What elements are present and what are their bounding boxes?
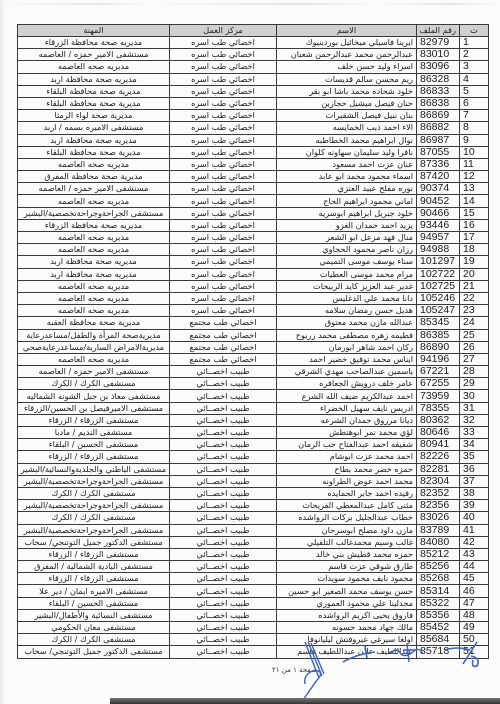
row-seq: 13: [460, 183, 489, 195]
row-file-number: 86882: [417, 122, 460, 134]
row-seq: 39: [460, 500, 489, 512]
table-body: 182979ايرينا فاسيلي ميخائيل بوردينيوكاخص…: [18, 37, 489, 659]
row-file-number: 83789: [417, 524, 460, 536]
row-profession: مديريةالامراض السارية/مساعدرعايةصحي: [18, 341, 170, 353]
row-work-center: اخصائي طب اسره: [170, 85, 277, 97]
row-seq: 25: [460, 329, 489, 341]
row-file-number: 93446: [417, 219, 460, 231]
row-name: بنان نبيل فيصل الشقيرات: [277, 110, 417, 122]
row-file-number: 80362: [417, 414, 460, 426]
row-profession: مستشفى الحسين / البلقاء: [18, 597, 170, 609]
row-file-number: 80646: [417, 427, 460, 439]
row-profession: مستشفى البادية الشمالية / المفرق: [18, 561, 170, 573]
row-work-center: طبيب اخصــائي: [170, 548, 277, 560]
table-row: 586833خلود شحاده محمد باشا ابو بقراخصائي…: [18, 85, 489, 97]
row-seq: 48: [460, 609, 489, 621]
row-seq: 27: [460, 353, 489, 365]
row-file-number: 105247: [417, 305, 460, 317]
row-profession: مديريه صحة محافظة اربد: [18, 73, 170, 85]
row-file-number: 85345: [417, 317, 460, 329]
row-file-number: 94988: [417, 244, 460, 256]
row-name: ايرينا فاسيلي ميخائيل بوردينيوك: [277, 37, 417, 49]
row-work-center: طبيب اخصــائي: [170, 487, 277, 499]
row-file-number: 83026: [417, 512, 460, 524]
row-profession: مستشفى النسائية والأطفال/البشير: [18, 609, 170, 621]
row-profession: مستشفى الجراحةوجراحةتخصصية/البشير: [18, 524, 170, 536]
table-row: 4385212حمزه محمد قطيش بني خالدطبيب اخصــ…: [18, 548, 489, 560]
row-seq: 30: [460, 390, 489, 402]
row-name: عامر خلف درويش الجعافره: [277, 378, 417, 390]
row-profession: مديريه صحه العاصمه: [18, 232, 170, 244]
row-name: فاروق يحيى اكريم الرواشده: [277, 609, 417, 621]
table-row: 886882الاء احمد ذيب الخمايسهاخصائي طب اس…: [18, 122, 489, 134]
row-work-center: طبيب اخصــائي: [170, 366, 277, 378]
row-work-center: طبيب اخصــائي: [170, 390, 277, 402]
table-row: 786869بنان نبيل فيصل الشقيراتاخصائي طب ا…: [18, 110, 489, 122]
row-profession: مستشفى الدكتور جميل التوتنجي/ سحاب: [18, 536, 170, 548]
table-row: 4485256طارق شوقي عزت قاسمطبيب اخصــائيمس…: [18, 561, 489, 573]
row-work-center: طبيب اخصــائي: [170, 475, 277, 487]
row-file-number: 85322: [417, 597, 460, 609]
row-seq: 24: [460, 317, 489, 329]
row-file-number: 87420: [417, 171, 460, 183]
row-seq: 29: [460, 378, 489, 390]
row-file-number: 90452: [417, 195, 460, 207]
header-work-center: مركز العمل: [170, 25, 277, 37]
row-file-number: 85268: [417, 573, 460, 585]
row-work-center: طبيب اخصــائي: [170, 622, 277, 634]
row-name: محمود نايف محمود سويدات: [277, 573, 417, 585]
row-name: ريم محسن سالم قديسات: [277, 73, 417, 85]
row-name: احمد محمد عزت ابوشام: [277, 451, 417, 463]
row-name: اسماء محمود محمد ابو عابد: [277, 171, 417, 183]
table-row: 3178355ادريس نايف سهيل الخضراءطبيب اخصــ…: [18, 402, 489, 414]
table-row: 2485345عبدالله مازن محمد معتوقاخصائي طب …: [18, 317, 489, 329]
row-name: اسراء وليد حسن خلف: [277, 61, 417, 73]
table-row: 3682281حمزه خضر محمد بطاحطبيب اخصــائيمس…: [18, 463, 489, 475]
table-row: 3882352رفيده احمد جابر الحمايدهطبيب اخصـ…: [18, 487, 489, 499]
row-name: لؤي محمد نمر ابوهنطش: [277, 427, 417, 439]
table-row: 283010عبدالرحمن محمد عبدالرحمن شعباناخصا…: [18, 49, 489, 61]
header-profession: المهنة: [18, 25, 170, 37]
table-row: 1590466خلود جبريل ابراهيم ابوسريهاخصائي …: [18, 207, 489, 219]
row-seq: 18: [460, 244, 489, 256]
row-seq: 2: [460, 49, 489, 61]
row-seq: 44: [460, 561, 489, 573]
row-file-number: 86833: [417, 85, 460, 97]
row-seq: 35: [460, 451, 489, 463]
row-file-number: 67255: [417, 378, 460, 390]
row-name: ادريس نايف سهيل الخضراء: [277, 402, 417, 414]
row-work-center: اخصائي طب مجتمع: [170, 341, 277, 353]
row-work-center: اخصائي طب مجتمع: [170, 329, 277, 341]
row-profession: مديريه صحه العاصمه: [18, 353, 170, 365]
row-name: نافرا وليد سليمان سهاونه كلوان: [277, 146, 417, 158]
table-row: 1490452اماني محمود ابراهيم الحاجاخصائي ط…: [18, 195, 489, 207]
row-profession: مستشفى الجراحةوجراحةتخصصية/البشير: [18, 475, 170, 487]
row-work-center: طبيب اخصــائي: [170, 378, 277, 390]
table-row: 3073959احمد عبدالكريم ضيف الله الشرعطبيب…: [18, 390, 489, 402]
row-work-center: طبيب اخصــائي: [170, 414, 277, 426]
row-profession: مديريه صحه العاصمه: [18, 195, 170, 207]
row-seq: 1: [460, 37, 489, 49]
employee-table: ت رقم الملف الاسم مركز العمل المهنة 1829…: [17, 24, 489, 659]
row-work-center: طبيب اخصــائي: [170, 500, 277, 512]
row-seq: 3: [460, 61, 489, 73]
table-row: 2867221ياسمين عبدالصاحب مهدي الشرقيطبيب …: [18, 366, 489, 378]
row-work-center: اخصائي طب اسره: [170, 73, 277, 85]
row-work-center: اخصائي طب اسره: [170, 292, 277, 304]
row-name: خلود جبريل ابراهيم ابوسريه: [277, 207, 417, 219]
row-file-number: 82226: [417, 451, 460, 463]
row-seq: 5: [460, 85, 489, 97]
row-profession: مديرية صحة محافظة العقبه: [18, 317, 170, 329]
table-row: 3480941شفيقه احمد عبدالفتاح حب الرمانطبي…: [18, 439, 489, 451]
scan-bottom-edge: [110, 698, 500, 704]
row-profession: مستشفى الحسين / البلقاء: [18, 439, 170, 451]
row-profession: مستشفى الامير حمزه / العاصمه: [18, 49, 170, 61]
row-seq: 22: [460, 292, 489, 304]
table-row: 4785322مجدلينا علي محمود العموريطبيب اخص…: [18, 597, 489, 609]
row-work-center: طبيب اخصــائي: [170, 561, 277, 573]
row-seq: 46: [460, 585, 489, 597]
row-work-center: طبيب اخصــائي: [170, 634, 277, 646]
row-profession: مستشفى الجراحةوجراحةتخصصية/البشير: [18, 207, 170, 219]
table-row: 486328ريم محسن سالم قديساتاخصائي طب اسره…: [18, 73, 489, 85]
row-name: مجدلينا علي محمود العموري: [277, 597, 417, 609]
row-name: يزيد احمد حمدان الغزو: [277, 219, 417, 231]
row-profession: مستشفى الزرقاء / الزرقاء: [18, 573, 170, 585]
row-name: مازن داود مصلح ابوسرحان: [277, 524, 417, 536]
row-file-number: 83010: [417, 49, 460, 61]
row-seq: 31: [460, 402, 489, 414]
row-name: رفيده احمد جابر الحمايده: [277, 487, 417, 499]
row-name: ايناس محمد توفيق خضير احمد: [277, 353, 417, 365]
table-row: 4585268محمود نايف محمود سويداتطبيب اخصــ…: [18, 573, 489, 585]
row-file-number: 102722: [417, 268, 460, 280]
table-row: 3982356مثنى كامل عبدالمعطي الفريحاتطبيب …: [18, 500, 489, 512]
row-file-number: 90466: [417, 207, 460, 219]
row-seq: 10: [460, 146, 489, 158]
table-row: 2967255عامر خلف درويش الجعافرهطبيب اخصــ…: [18, 378, 489, 390]
row-name: هديل حسن رمضان سلامه: [277, 305, 417, 317]
row-file-number: 94196: [417, 353, 460, 365]
row-profession: مديريه صحه العاصمه: [18, 292, 170, 304]
table-row: 1794957منال فهد مزعل ابو الشعراخصائي طب …: [18, 232, 489, 244]
row-seq: 47: [460, 597, 489, 609]
table-row: 686838حنان فيصل ميشيل حجازيناخصائي طب اس…: [18, 97, 489, 109]
signature-4-icon: [445, 642, 478, 666]
table-row: 182979ايرينا فاسيلي ميخائيل بوردينيوكاخص…: [18, 37, 489, 49]
row-file-number: 105246: [417, 292, 460, 304]
row-profession: مديرية صحة محافظة البلقاء: [18, 97, 170, 109]
row-work-center: اخصائي طب اسره: [170, 158, 277, 170]
header-name: الاسم: [277, 25, 417, 37]
row-profession: مديريه صحة محافظة الزرقاء: [18, 37, 170, 49]
row-name: عنان عزت احمد مسعود: [277, 158, 417, 170]
row-file-number: 82352: [417, 487, 460, 499]
row-profession: مديرية صحة محافظة البلقاء: [18, 146, 170, 158]
row-name: طارق شوقي عزت قاسم: [277, 561, 417, 573]
row-name: اماني محمود ابراهيم الحاج: [277, 195, 417, 207]
row-name: ياسمين عبدالصاحب مهدي الشرقي: [277, 366, 417, 378]
row-seq: 16: [460, 219, 489, 231]
row-file-number: 86987: [417, 134, 460, 146]
row-work-center: اخصائي طب اسره: [170, 232, 277, 244]
row-profession: مديرية صحة لواء الرمثا: [18, 110, 170, 122]
row-seq: 21: [460, 280, 489, 292]
row-name: منال فهد مزعل ابو الشعر: [277, 232, 417, 244]
table-row: 383096اسراء وليد حسن خلفاخصائي طب اسرهمد…: [18, 61, 489, 73]
row-name: نوال ابراهيم محمد الخطاطبه: [277, 134, 417, 146]
row-name: احمد عبدالكريم ضيف الله الشرع: [277, 390, 417, 402]
row-profession: مستشفى الاميرفيصل بن الحسين/الزرقاء: [18, 402, 170, 414]
row-file-number: 94957: [417, 232, 460, 244]
page-edge-shadow: [0, 0, 6, 704]
table-row: 21102725غدير عبد العزيز كايد الربيحاتاخص…: [18, 280, 489, 292]
table-row: 2794196ايناس محمد توفيق خضير احمداخصائي …: [18, 353, 489, 365]
row-seq: 49: [460, 622, 489, 634]
row-name: حسن يوسف محمد الصغير ابو حسين: [277, 585, 417, 597]
row-name: فطيمه زهره مصطفى محمد زريوح: [277, 329, 417, 341]
row-profession: مديرية صحة محافظة البلقاء: [18, 85, 170, 97]
row-name: حمزه خضر محمد بطاح: [277, 463, 417, 475]
row-work-center: طبيب اخصــائي: [170, 585, 277, 597]
row-work-center: اخصائي طب اسره: [170, 195, 277, 207]
row-name: غالب وسيم محمدغالب التلفيلي: [277, 536, 417, 548]
row-work-center: طبيب اخصــائي: [170, 463, 277, 475]
row-profession: مستشفى الامير حمزه / العاصمه: [18, 366, 170, 378]
row-profession: مديريه صحة محافظة اربد: [18, 268, 170, 280]
table-row: 1287420اسماء محمود محمد ابو عابداخصائي ط…: [18, 171, 489, 183]
row-profession: مديريه صحة محافظة اربد: [18, 134, 170, 146]
row-seq: 6: [460, 97, 489, 109]
row-work-center: اخصائي طب اسره: [170, 134, 277, 146]
table-row: 3582226احمد محمد عزت ابوشامطبيب اخصــائي…: [18, 451, 489, 463]
row-work-center: طبيب اخصــائي: [170, 439, 277, 451]
row-profession: مستشفى الزرقاء / الزرقاء: [18, 548, 170, 560]
top-scan-line: [0, 3, 500, 5]
row-name: ركان احمد شاهر ابورمان: [277, 341, 417, 353]
row-profession: مديريه صحة محافظة اربد: [18, 256, 170, 268]
row-work-center: اخصائي طب اسره: [170, 37, 277, 49]
row-file-number: 85356: [417, 609, 460, 621]
table-header-row: ت رقم الملف الاسم مركز العمل المهنة: [18, 25, 489, 37]
row-seq: 41: [460, 524, 489, 536]
row-profession: مستشفى الزرقاء / الزرقاء: [18, 451, 170, 463]
row-file-number: 87336: [417, 158, 460, 170]
row-work-center: اخصائي طب اسره: [170, 61, 277, 73]
row-profession: مديريه صحه العاصمه: [18, 158, 170, 170]
row-profession: مستشفى معاذ بن جبل الشونه الشماليه: [18, 390, 170, 402]
row-work-center: اخصائي طب اسره: [170, 256, 277, 268]
row-file-number: 101297: [417, 256, 460, 268]
row-file-number: 85314: [417, 585, 460, 597]
row-file-number: 86869: [417, 110, 460, 122]
table-row: 3380646لؤي محمد نمر ابوهنطشطبيب اخصــائي…: [18, 427, 489, 439]
row-name: غدير عبد العزيز كايد الربيحات: [277, 280, 417, 292]
row-file-number: 86838: [417, 97, 460, 109]
row-work-center: طبيب اخصــائي: [170, 597, 277, 609]
row-name: شفيقه احمد عبدالفتاح حب الرمان: [277, 439, 417, 451]
table-row: 4985452مالك جهاد محمد حسونهطبيب اخصــائي…: [18, 622, 489, 634]
row-seq: 8: [460, 122, 489, 134]
row-work-center: اخصائي طب اسره: [170, 280, 277, 292]
row-name: الاء احمد ذيب الخمايسه: [277, 122, 417, 134]
row-name: نوره مفلح عبيد العنزي: [277, 183, 417, 195]
header-file-number: رقم الملف: [417, 25, 460, 37]
row-profession: مديريه صحه العاصمه: [18, 280, 170, 292]
signature-1-icon: [303, 642, 324, 700]
row-seq: 12: [460, 171, 489, 183]
row-file-number: 84080: [417, 536, 460, 548]
row-work-center: طبيب اخصــائي: [170, 646, 277, 658]
row-work-center: اخصائي طب اسره: [170, 122, 277, 134]
row-seq: 38: [460, 487, 489, 499]
table-row: 3280362ديانا مرزوق حمدان الشرعهطبيب اخصـ…: [18, 414, 489, 426]
row-work-center: طبيب اخصــائي: [170, 451, 277, 463]
row-file-number: 90374: [417, 183, 460, 195]
row-file-number: 82979: [417, 37, 460, 49]
row-name: دانا محمد علي الدغليس: [277, 292, 417, 304]
row-seq: 36: [460, 463, 489, 475]
row-seq: 17: [460, 232, 489, 244]
row-profession: مستشفى الاميره ايمان / دير علا: [18, 585, 170, 597]
row-name: عبدالرحمن محمد عبدالرحمن شعبان: [277, 49, 417, 61]
row-file-number: 86385: [417, 329, 460, 341]
row-file-number: 78355: [417, 402, 460, 414]
row-work-center: اخصائي طب اسره: [170, 219, 277, 231]
row-name: مرام محمد موسى العطيات: [277, 268, 417, 280]
row-work-center: اخصائي طب اسره: [170, 207, 277, 219]
row-profession: مستشفى الاميره بسمه / اربد: [18, 122, 170, 134]
header-seq: ت: [460, 25, 489, 37]
signature-3-icon: [390, 644, 423, 662]
row-profession: مديريه صحه العاصمه: [18, 244, 170, 256]
row-profession: مستشفى الكرك / الكرك: [18, 512, 170, 524]
row-seq: 9: [460, 134, 489, 146]
row-name: مالك جهاد محمد حسونه: [277, 622, 417, 634]
row-seq: 20: [460, 268, 489, 280]
row-seq: 7: [460, 110, 489, 122]
row-profession: مستشفى الجراحةوجراحةتخصصية/البشير: [18, 500, 170, 512]
row-profession: مستشفى الكرك / الكرك: [18, 634, 170, 646]
table-row: 4083026خطاب عبدالجليل بركات الرواشدهطبيب…: [18, 512, 489, 524]
row-seq: 37: [460, 475, 489, 487]
row-seq: 11: [460, 158, 489, 170]
row-file-number: 67221: [417, 366, 460, 378]
table-row: 1187336عنان عزت احمد مسعوداخصائي طب اسره…: [18, 158, 489, 170]
row-work-center: اخصائي طب مجتمع: [170, 317, 277, 329]
row-work-center: طبيب اخصــائي: [170, 524, 277, 536]
table-row: 2586385فطيمه زهره مصطفى محمد زريوحاخصائي…: [18, 329, 489, 341]
row-seq: 28: [460, 366, 489, 378]
row-work-center: طبيب اخصــائي: [170, 427, 277, 439]
row-seq: 40: [460, 512, 489, 524]
row-seq: 15: [460, 207, 489, 219]
row-work-center: اخصائي طب اسره: [170, 171, 277, 183]
table-row: 1390374نوره مفلح عبيد العنزياخصائي طب اس…: [18, 183, 489, 195]
row-profession: مستشفى النديم / مادبا: [18, 427, 170, 439]
row-work-center: اخصائي طب اسره: [170, 183, 277, 195]
row-name: خطاب عبدالجليل بركات الرواشده: [277, 512, 417, 524]
row-name: عبدالله مازن محمد معتوق: [277, 317, 417, 329]
row-profession: مديريه صحه العاصمه: [18, 305, 170, 317]
row-seq: 26: [460, 341, 489, 353]
row-profession: مستشفى الكرك / الكرك: [18, 378, 170, 390]
row-name: سناء يوسف موسى التميمي: [277, 256, 417, 268]
row-work-center: اخصائي طب اسره: [170, 268, 277, 280]
row-profession: مستشفى الزرقاء / الزرقاء: [18, 414, 170, 426]
row-file-number: 87055: [417, 146, 460, 158]
row-profession: مديرية صحة محافظة المفرق: [18, 171, 170, 183]
row-file-number: 102725: [417, 280, 460, 292]
row-file-number: 85452: [417, 622, 460, 634]
row-file-number: 82304: [417, 475, 460, 487]
row-profession: مستشفى الامير حمزه / العاصمه: [18, 183, 170, 195]
row-work-center: اخصائي طب اسره: [170, 49, 277, 61]
table-row: 22105246دانا محمد علي الدغليساخصائي طب ا…: [18, 292, 489, 304]
row-file-number: 82281: [417, 463, 460, 475]
row-seq: 34: [460, 439, 489, 451]
row-seq: 19: [460, 256, 489, 268]
row-profession: مستشفى معان الحكومي: [18, 622, 170, 634]
row-seq: 33: [460, 427, 489, 439]
row-file-number: 83096: [417, 61, 460, 73]
row-file-number: 86328: [417, 73, 460, 85]
row-seq: 43: [460, 548, 489, 560]
row-work-center: طبيب اخصــائي: [170, 402, 277, 414]
table-row: 4284080غالب وسيم محمدغالب التلفيليطبيب ا…: [18, 536, 489, 548]
row-seq: 32: [460, 414, 489, 426]
row-profession: مديريةصحة المرأة والطفل/مساعدرعاية: [18, 329, 170, 341]
table-row: 4183789مازن داود مصلح ابوسرحانطبيب اخصــ…: [18, 524, 489, 536]
signature-2-icon: [343, 646, 375, 662]
row-work-center: اخصائي طب اسره: [170, 305, 277, 317]
table-row: 986987نوال ابراهيم محمد الخطاطبهاخصائي ط…: [18, 134, 489, 146]
row-file-number: 80941: [417, 439, 460, 451]
row-profession: مديريه صحة محافظة الزرقاء: [18, 219, 170, 231]
row-file-number: 85256: [417, 561, 460, 573]
row-profession: مستشفى الدكتور جميل التوتنجي/ سحاب: [18, 646, 170, 658]
table-row: 4885356فاروق يحيى اكريم الرواشدهطبيب اخص…: [18, 609, 489, 621]
table-row: 1693446يزيد احمد حمدان الغزواخصائي طب اس…: [18, 219, 489, 231]
row-seq: 23: [460, 305, 489, 317]
row-work-center: اخصائي طب اسره: [170, 146, 277, 158]
table-row: 19101297سناء يوسف موسى التميمياخصائي طب …: [18, 256, 489, 268]
row-name: محمد احمد عوض الطراونه: [277, 475, 417, 487]
table-row: 1087055نافرا وليد سليمان سهاونه كلواناخص…: [18, 146, 489, 158]
table-row: 4685314حسن يوسف محمد الصغير ابو حسينطبيب…: [18, 585, 489, 597]
row-work-center: طبيب اخصــائي: [170, 573, 277, 585]
table-row: 23105247هديل حسن رمضان سلامهاخصائي طب اس…: [18, 305, 489, 317]
row-name: حنان فيصل ميشيل حجازين: [277, 97, 417, 109]
row-file-number: 85212: [417, 548, 460, 560]
row-seq: 42: [460, 536, 489, 548]
row-file-number: 86890: [417, 341, 460, 353]
row-work-center: طبيب اخصــائي: [170, 609, 277, 621]
table-row: 2686890ركان احمد شاهر ابورماناخصائي طب م…: [18, 341, 489, 353]
row-name: حمزه محمد قطيش بني خالد: [277, 548, 417, 560]
row-file-number: 73959: [417, 390, 460, 402]
row-work-center: اخصائي طب مجتمع: [170, 353, 277, 365]
row-seq: 45: [460, 573, 489, 585]
row-name: مثنى كامل عبدالمعطي الفريحات: [277, 500, 417, 512]
row-profession: مديريه صحه العاصمه: [18, 61, 170, 73]
row-work-center: اخصائي طب اسره: [170, 244, 277, 256]
signatures: [295, 640, 495, 704]
table-row: 1894988رزان ناصر محمود الحجاوياخصائي طب …: [18, 244, 489, 256]
